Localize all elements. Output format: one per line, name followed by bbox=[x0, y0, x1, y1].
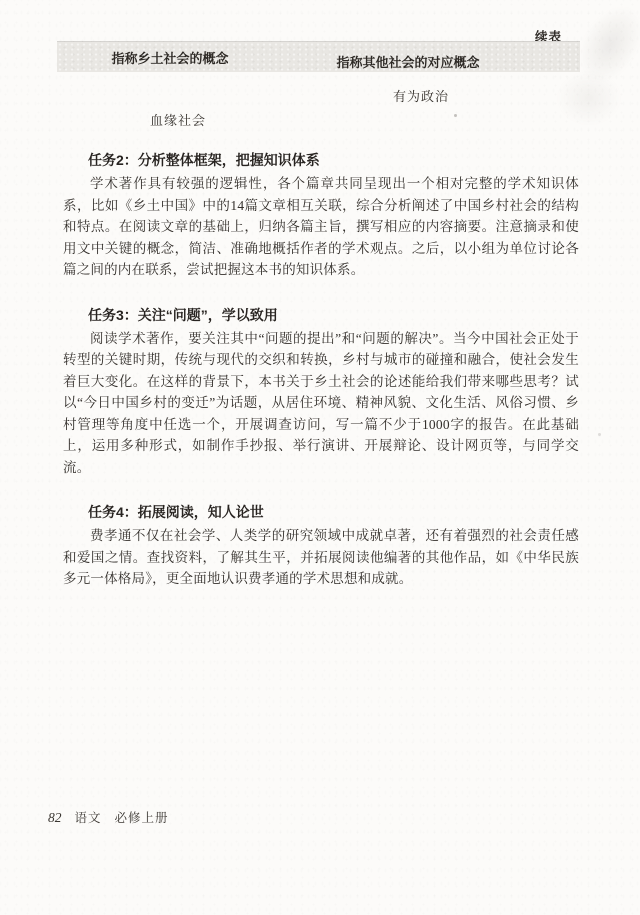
table-header-right: 指称其他社会的对应概念 bbox=[336, 52, 479, 71]
task-3-section: 任务3：关注“问题”，学以致用 阅读学术著作，要关注其中“问题的提出”和“问题的… bbox=[63, 305, 579, 479]
footer-volume: 必修上册 bbox=[115, 808, 169, 826]
task-4-heading: 任务4：拓展阅读，知人论世 bbox=[63, 502, 579, 523]
task-3-body: 阅读学术著作，要关注其中“问题的提出”和“问题的解决”。当今中国社会正处于转型的… bbox=[63, 328, 579, 479]
scan-speck bbox=[598, 433, 601, 436]
table-cell-rural-concept: 血缘社会 bbox=[150, 110, 206, 129]
task-4-body: 费孝通不仅在社会学、人类学的研究领域中成就卓著，还有着强烈的社会责任感和爱国之情… bbox=[63, 525, 579, 590]
scanned-textbook-page: 续表 指称乡土社会的概念 指称其他社会的对应概念 有为政治 血缘社会 任务2：分… bbox=[0, 0, 640, 915]
tasks-section: 任务2：分析整体框架，把握知识体系 学术著作具有较强的逻辑性，各个篇章共同呈现出… bbox=[63, 150, 579, 590]
table-cell-corresponding-concept: 有为政治 bbox=[393, 86, 449, 105]
task-2-heading: 任务2：分析整体框架，把握知识体系 bbox=[63, 150, 579, 171]
page-footer: 82 语文 必修上册 bbox=[48, 808, 169, 826]
task-4-section: 任务4：拓展阅读，知人论世 费孝通不仅在社会学、人类学的研究领域中成就卓著，还有… bbox=[63, 502, 579, 590]
page-number: 82 bbox=[48, 810, 62, 826]
scan-smudge bbox=[556, 70, 622, 126]
task-2-body: 学术著作具有较强的逻辑性，各个篇章共同呈现出一个相对完整的学术知识体系，比如《乡… bbox=[63, 173, 579, 281]
scan-speck bbox=[454, 114, 457, 117]
footer-subject: 语文 bbox=[75, 808, 102, 826]
task-3-heading: 任务3：关注“问题”，学以致用 bbox=[63, 305, 579, 326]
table-header-row: 指称乡土社会的概念 指称其他社会的对应概念 bbox=[57, 41, 580, 72]
task-2-section: 任务2：分析整体框架，把握知识体系 学术著作具有较强的逻辑性，各个篇章共同呈现出… bbox=[63, 150, 579, 281]
table-header-left: 指称乡土社会的概念 bbox=[111, 48, 228, 67]
